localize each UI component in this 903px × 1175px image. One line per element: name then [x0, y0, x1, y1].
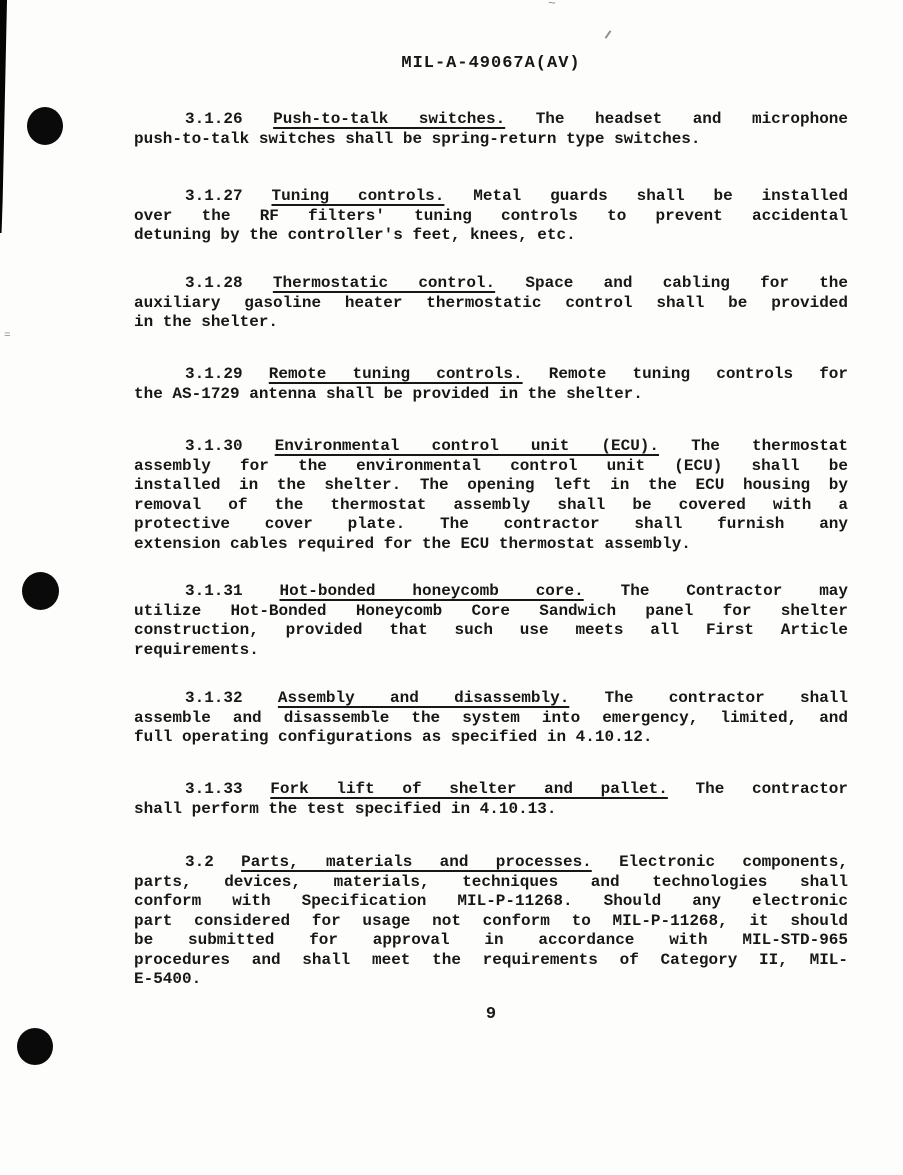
- paragraph-heading: Assembly and disassembly.: [278, 689, 569, 707]
- paragraph-number: 3.1.28: [185, 274, 243, 292]
- paragraph-3-1-33: 3.1.33 Fork lift of shelter and pallet. …: [134, 780, 848, 819]
- text-line: 3.2 Parts, materials and processes. Elec…: [134, 853, 848, 873]
- paragraph-number: 3.1.33: [185, 780, 243, 798]
- text-line: 3.1.26 Push-to-talk switches. The headse…: [134, 110, 848, 130]
- text-line: 3.1.32 Assembly and disassembly. The con…: [134, 689, 848, 709]
- text-line: auxiliary gasoline heater thermostatic c…: [134, 294, 848, 314]
- text-line: 3.1.30 Environmental control unit (ECU).…: [134, 437, 848, 457]
- page-number: 9: [134, 1005, 848, 1024]
- paragraph-heading: Environmental control unit (ECU).: [275, 437, 659, 455]
- paragraph-number: 3.1.26: [185, 110, 243, 128]
- paragraph-text: Space and cabling for the: [525, 274, 848, 292]
- hole-punch-mark: [17, 1028, 53, 1065]
- text-line: part considered for usage not conform to…: [134, 912, 848, 932]
- paragraph-3-1-29: 3.1.29 Remote tuning controls. Remote tu…: [134, 365, 848, 404]
- paragraph-text: The thermostat: [691, 437, 848, 455]
- paragraph-heading: Hot-bonded honeycomb core.: [280, 582, 584, 600]
- paragraph-heading: Parts, materials and processes.: [241, 853, 592, 871]
- scanned-document-page: ~ = MIL-A-49067A(AV) 3.1.26 Push-to-talk…: [0, 0, 903, 1175]
- text-line: shall perform the test specified in 4.10…: [134, 800, 848, 820]
- paragraph-number: 3.1.30: [185, 437, 243, 455]
- paragraph-number: 3.1.32: [185, 689, 243, 707]
- paragraph-heading: Tuning controls.: [271, 187, 444, 205]
- scan-edge-artifact: [0, 0, 7, 233]
- text-line: in the shelter.: [134, 313, 848, 333]
- paragraph-text: The contractor: [696, 780, 848, 798]
- text-line: conform with Specification MIL-P-11268. …: [134, 892, 848, 912]
- document-id-header: MIL-A-49067A(AV): [134, 54, 848, 73]
- hole-punch-mark: [27, 107, 63, 145]
- text-line: assemble and disassemble the system into…: [134, 709, 848, 729]
- text-line: removal of the thermostat assembly shall…: [134, 496, 848, 516]
- paragraph-heading: Push-to-talk switches.: [273, 110, 505, 128]
- text-line: be submitted for approval in accordance …: [134, 931, 848, 951]
- hole-punch-mark: [22, 572, 59, 610]
- text-line: construction, provided that such use mee…: [134, 621, 848, 641]
- paragraph-3-1-31: 3.1.31 Hot-bonded honeycomb core. The Co…: [134, 582, 848, 660]
- paragraph-3-1-27: 3.1.27 Tuning controls. Metal guards sha…: [134, 187, 848, 246]
- text-line: protective cover plate. The contractor s…: [134, 515, 848, 535]
- paragraph-text: The contractor shall: [605, 689, 848, 707]
- text-line: detuning by the controller's feet, knees…: [134, 226, 848, 246]
- text-line: 3.1.33 Fork lift of shelter and pallet. …: [134, 780, 848, 800]
- paragraph-heading: Remote tuning controls.: [269, 365, 523, 383]
- paragraph-text: Electronic components,: [619, 853, 848, 871]
- paragraph-number: 3.1.31: [185, 582, 243, 600]
- paragraph-3-2: 3.2 Parts, materials and processes. Elec…: [134, 853, 848, 990]
- paragraph-heading: Fork lift of shelter and pallet.: [270, 780, 668, 798]
- paragraph-text: The headset and microphone: [536, 110, 848, 128]
- text-line: parts, devices, materials, techniques an…: [134, 873, 848, 893]
- text-line: the AS-1729 antenna shall be provided in…: [134, 385, 848, 405]
- scan-speck: [605, 30, 612, 39]
- paragraph-3-1-28: 3.1.28 Thermostatic control. Space and c…: [134, 274, 848, 333]
- paragraph-heading: Thermostatic control.: [273, 274, 495, 292]
- paragraph-number: 3.1.27: [185, 187, 243, 205]
- text-line: procedures and shall meet the requiremen…: [134, 951, 848, 971]
- paragraph-3-1-26: 3.1.26 Push-to-talk switches. The headse…: [134, 110, 848, 149]
- paragraph-text: Remote tuning controls for: [549, 365, 848, 383]
- paragraph-number: 3.1.29: [185, 365, 243, 383]
- paragraph-3-1-30: 3.1.30 Environmental control unit (ECU).…: [134, 437, 848, 554]
- paragraph-text: Metal guards shall be installed: [473, 187, 848, 205]
- text-line: extension cables required for the ECU th…: [134, 535, 848, 555]
- text-line: installed in the shelter. The opening le…: [134, 476, 848, 496]
- scan-speck: =: [4, 330, 11, 342]
- text-line: assembly for the environmental control u…: [134, 457, 848, 477]
- text-line: full operating configurations as specifi…: [134, 728, 848, 748]
- text-line: push-to-talk switches shall be spring-re…: [134, 130, 848, 150]
- text-line: over the RF filters' tuning controls to …: [134, 207, 848, 227]
- text-line: E-5400.: [134, 970, 848, 990]
- text-line: 3.1.31 Hot-bonded honeycomb core. The Co…: [134, 582, 848, 602]
- paragraph-text: The Contractor may: [621, 582, 848, 600]
- text-line: requirements.: [134, 641, 848, 661]
- text-line: 3.1.27 Tuning controls. Metal guards sha…: [134, 187, 848, 207]
- scan-speck: ~: [548, 0, 556, 11]
- text-line: 3.1.28 Thermostatic control. Space and c…: [134, 274, 848, 294]
- text-line: utilize Hot-Bonded Honeycomb Core Sandwi…: [134, 602, 848, 622]
- paragraph-number: 3.2: [185, 853, 214, 871]
- paragraph-3-1-32: 3.1.32 Assembly and disassembly. The con…: [134, 689, 848, 748]
- text-line: 3.1.29 Remote tuning controls. Remote tu…: [134, 365, 848, 385]
